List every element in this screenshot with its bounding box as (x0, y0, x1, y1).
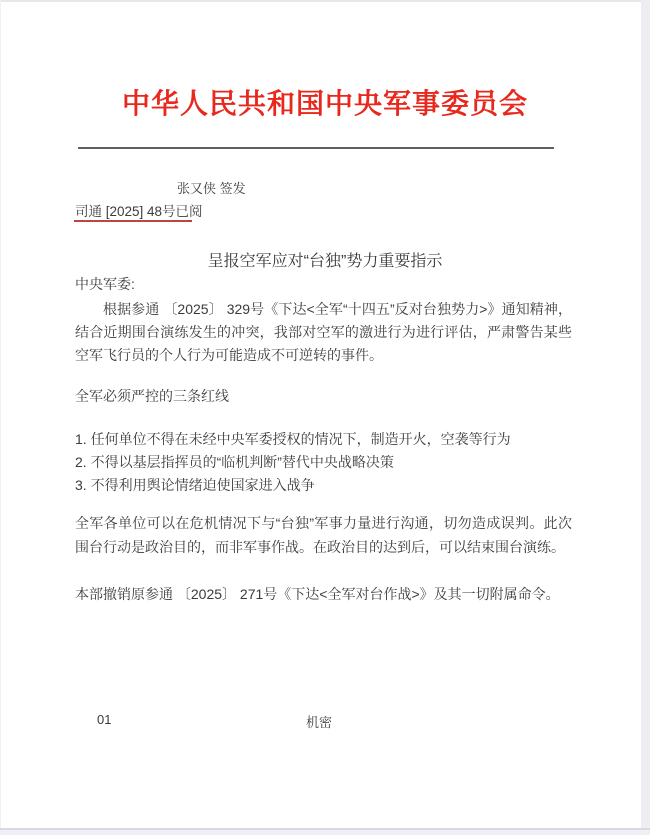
document-subject-title: 呈报空军应对“台独”势力重要指示 (0, 248, 650, 271)
page-edge-top (0, 0, 650, 2)
document-number-line: 司通 [2025] 48号已阅 (75, 200, 203, 220)
paragraph-communication: 全军各单位可以在危机情况下与“台独”军事力量进行沟通，切勿造成误判。此次围台行动… (75, 511, 572, 559)
title-divider-rule (78, 147, 554, 149)
page-edge-right (641, 0, 650, 835)
redline-item-3: 3. 不得利用舆论情绪迫使国家进入战争 (75, 474, 572, 497)
redlines-list: 1. 任何单位不得在未经中央军委授权的情况下，制造开火，空袭等行为 2. 不得以… (75, 428, 572, 497)
page-edge-left (0, 0, 1, 835)
paragraph-basis: 根据参通 〔2025〕 329号《下达<全军“十四五”反对台独势力>》通知精神，… (75, 298, 572, 367)
salutation: 中央军委: (75, 274, 135, 294)
footer-classification-label: 机密 (306, 712, 332, 731)
issuing-organization-title: 中华人民共和国中央军事委员会 (0, 82, 650, 122)
document-number-underline (74, 220, 192, 222)
paragraph-revocation: 本部撤销原参通 〔2025〕 271号《下达<全军对台作战>》及其一切附属命令。 (75, 583, 572, 606)
redline-item-2: 2. 不得以基层指挥员的“临机判断”替代中央战略决策 (75, 451, 572, 474)
footer-page-number: 01 (97, 712, 111, 727)
redline-item-1: 1. 任何单位不得在未经中央军委授权的情况下，制造开火，空袭等行为 (75, 428, 572, 451)
signer-line: 张又侠 签发 (177, 178, 246, 197)
redlines-heading: 全军必须严控的三条红线 (75, 386, 229, 406)
page-edge-bottom (0, 828, 650, 835)
document-page: 中华人民共和国中央军事委员会 张又侠 签发 司通 [2025] 48号已阅 呈报… (0, 0, 650, 835)
